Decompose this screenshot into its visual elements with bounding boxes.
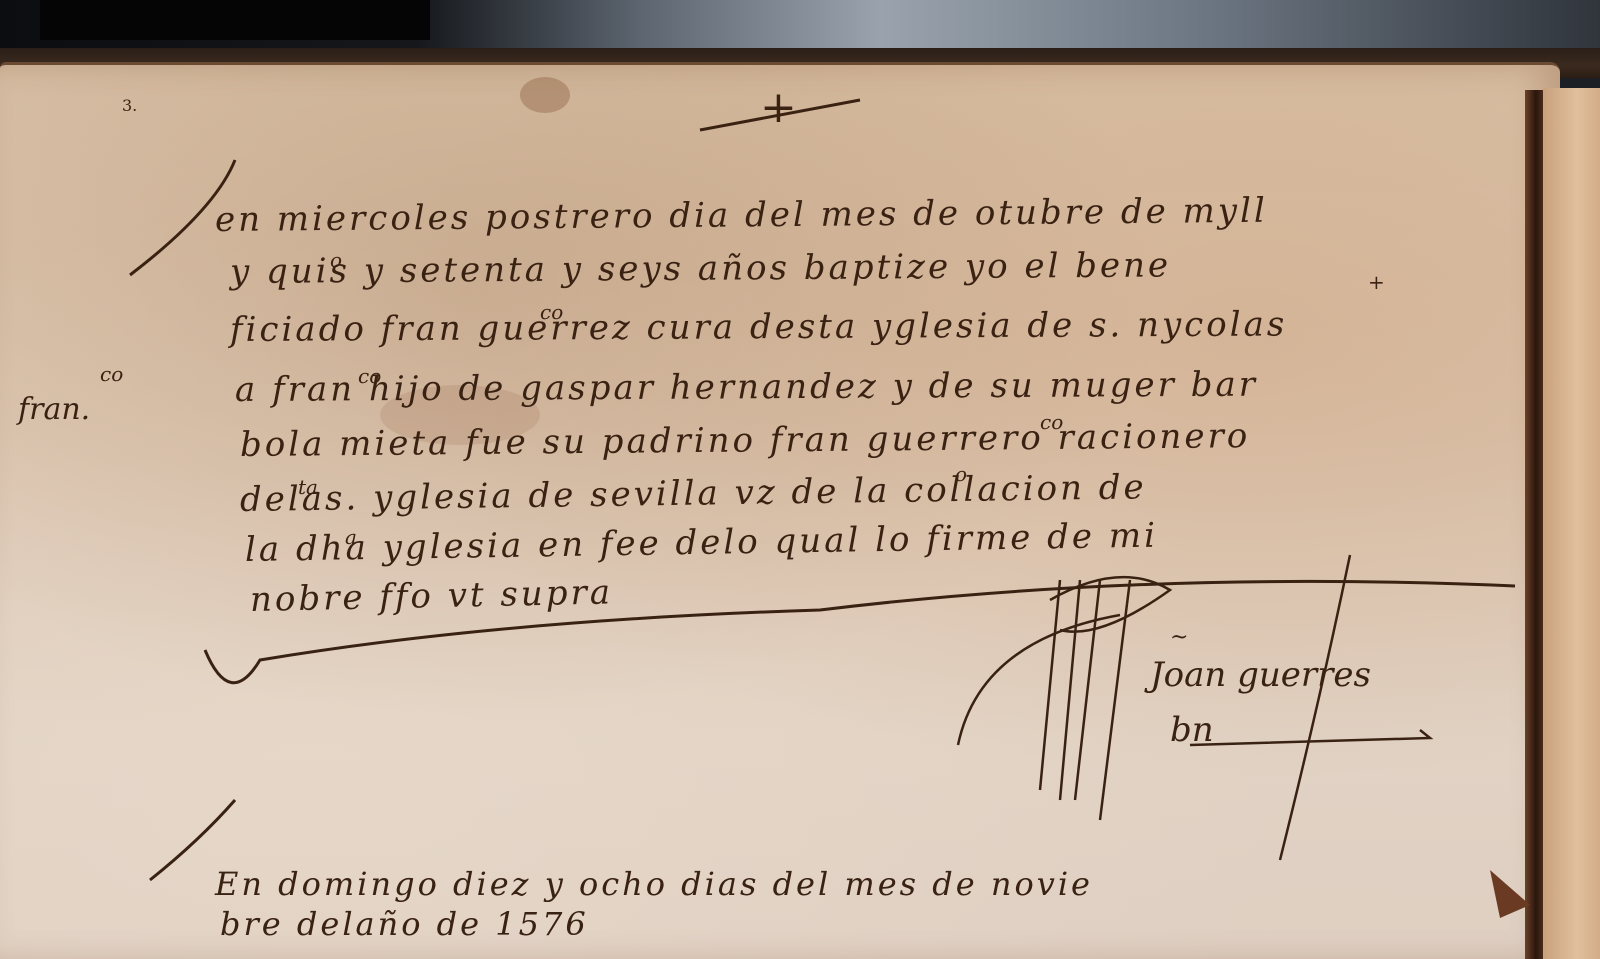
heading-cross-bar (700, 100, 860, 130)
pen-flourishes (0, 0, 1600, 959)
signature-descender (1280, 555, 1350, 860)
signature-tilde: ~ (1170, 625, 1188, 650)
initial-flourish-1 (130, 160, 235, 275)
signature-title: bn (1170, 710, 1214, 750)
entry-2-line-2: bre delaño de 1576 (220, 905, 589, 943)
signature-name: Joan guerres (1150, 655, 1371, 695)
entry-2-line-1: En domingo diez y ocho dias del mes de n… (215, 865, 1093, 903)
ink-blot (1490, 870, 1530, 918)
signature-loop (958, 615, 1120, 745)
